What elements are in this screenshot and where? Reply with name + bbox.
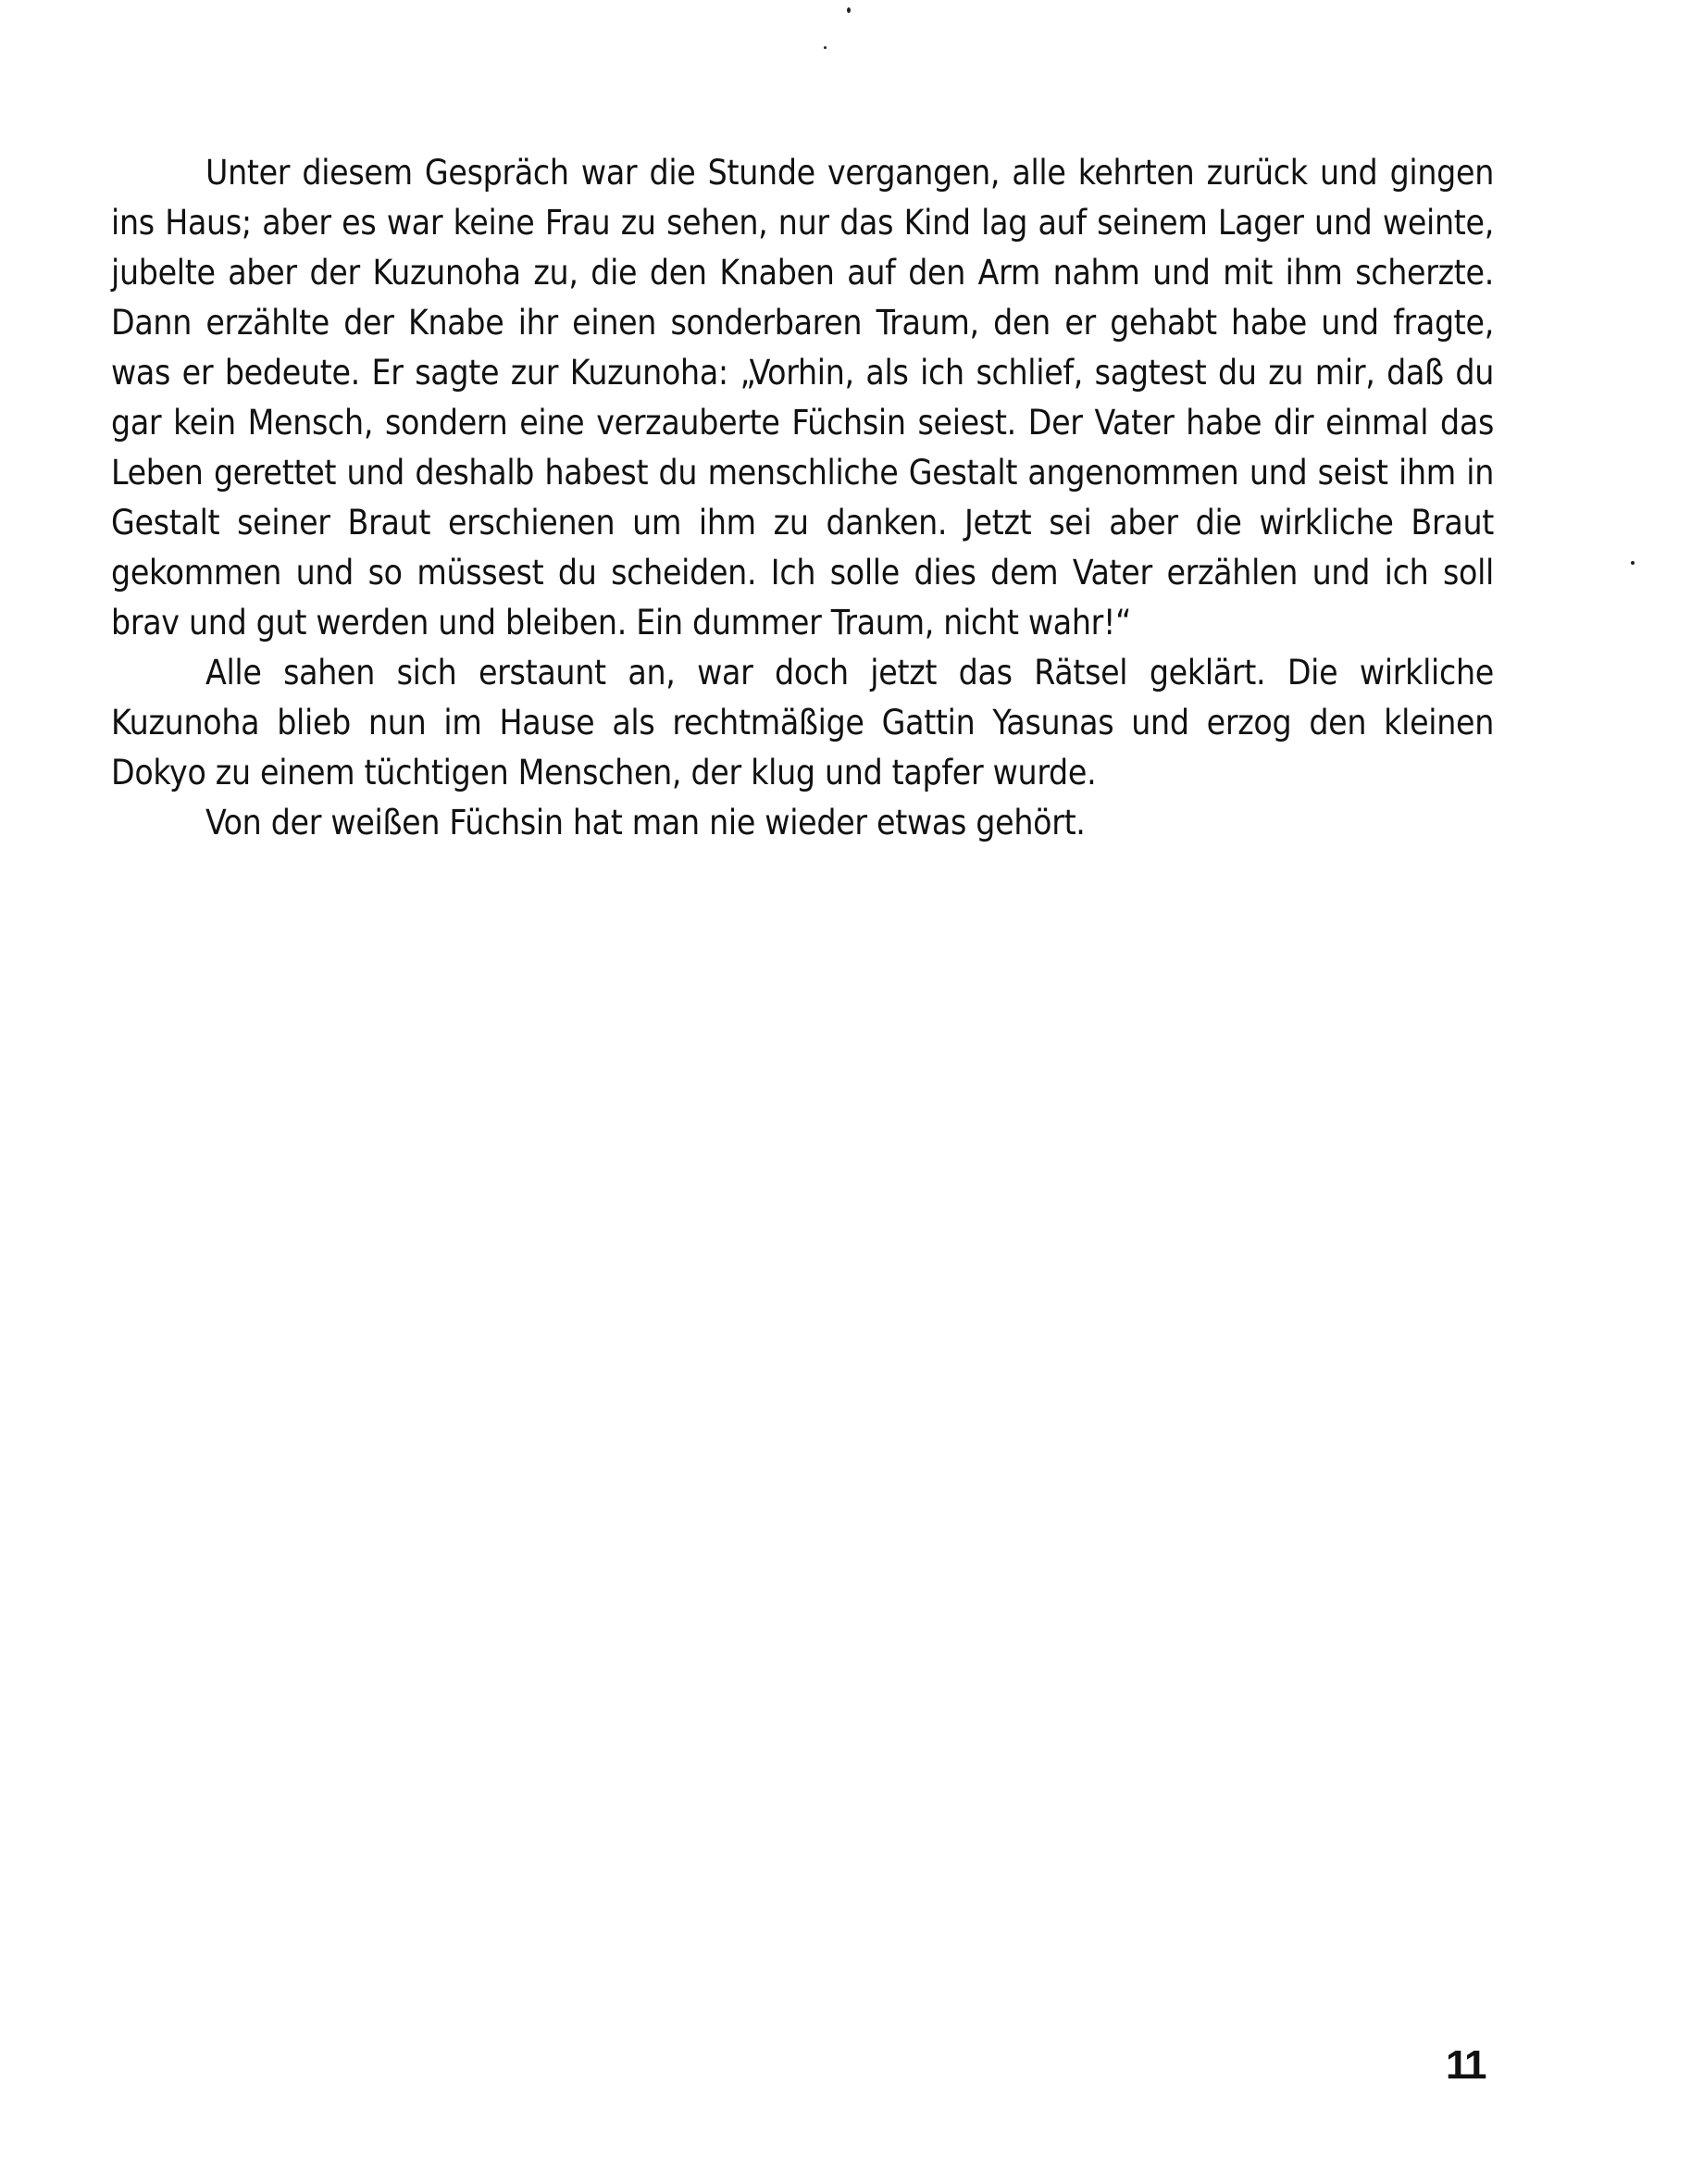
scan-speck <box>1631 561 1635 565</box>
book-page: Unter diesem Gespräch war die Stunde ver… <box>0 0 1691 2184</box>
body-text: Unter diesem Gespräch war die Stunde ver… <box>111 148 1494 848</box>
scan-speck <box>847 7 851 13</box>
paragraph-1: Unter diesem Gespräch war die Stunde ver… <box>111 148 1494 648</box>
paragraph-3: Von der weißen Füchsin hat man nie wiede… <box>111 798 1494 848</box>
scan-speck <box>824 46 827 49</box>
page-number: 11 <box>1446 2042 1486 2089</box>
paragraph-2: Alle sahen sich erstaunt an, war doch je… <box>111 648 1494 798</box>
